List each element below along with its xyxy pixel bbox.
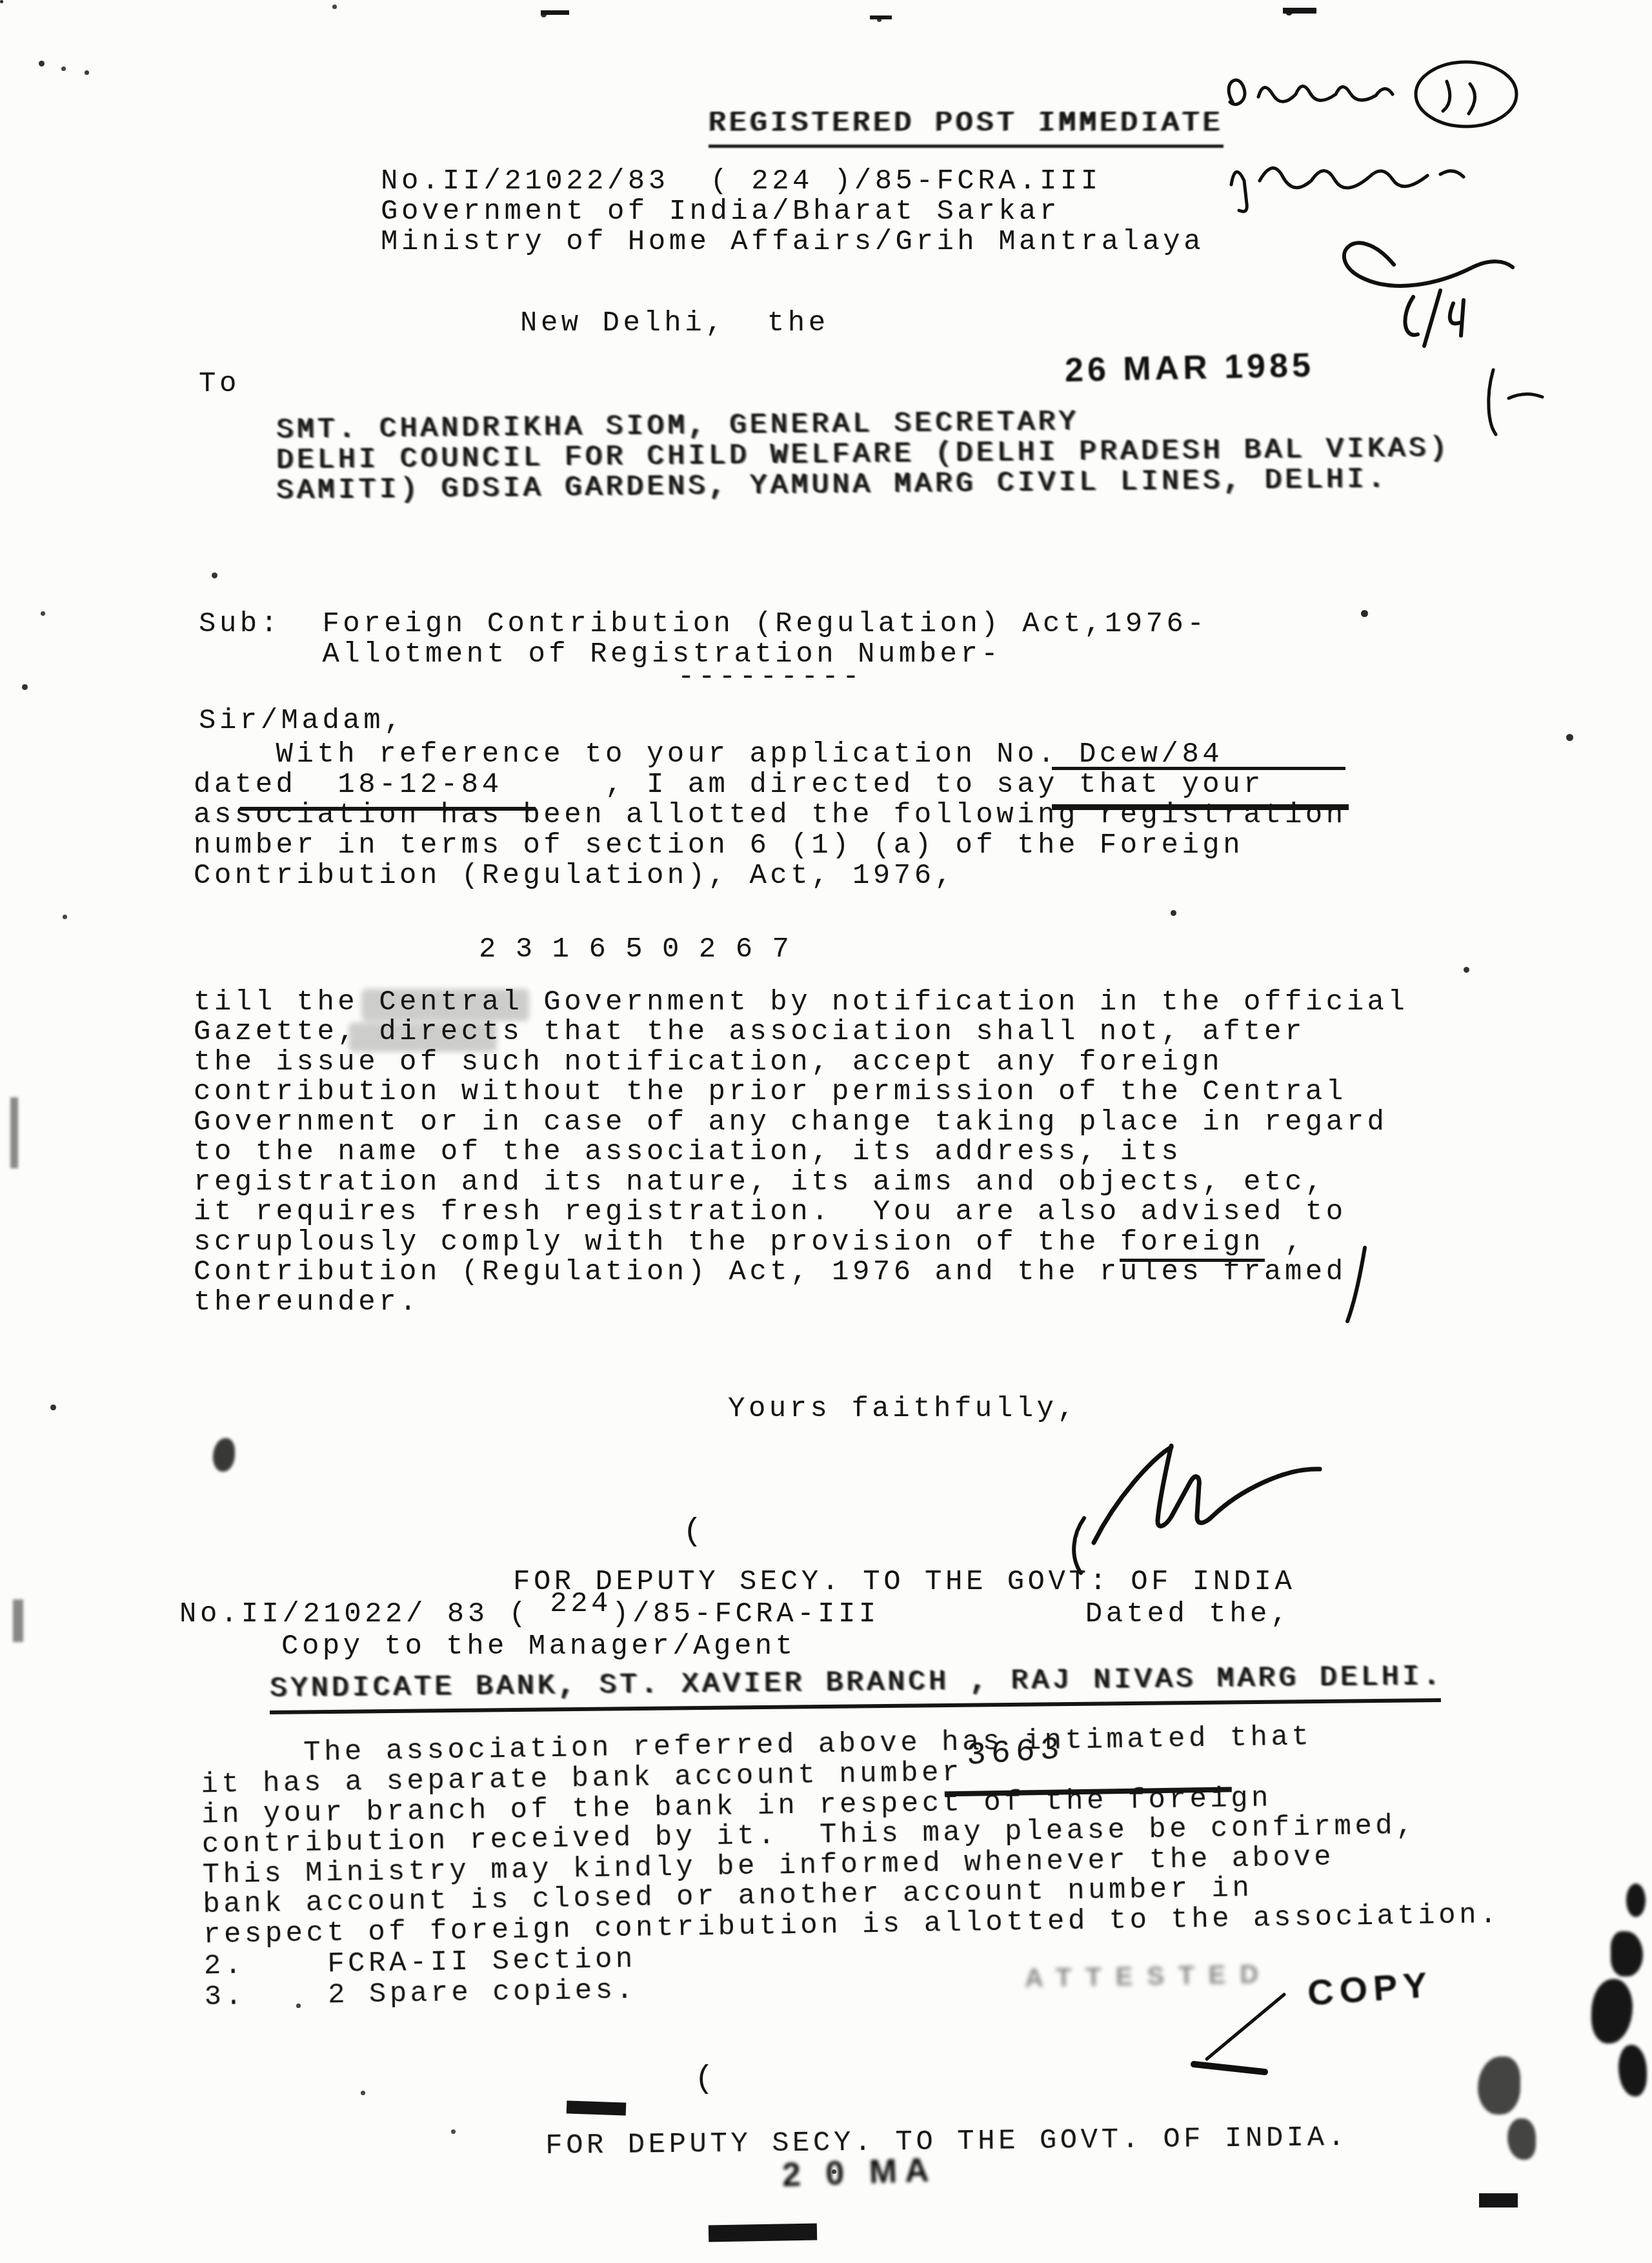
scan-noise-dash <box>567 2100 627 2115</box>
handwriting-annotation-flourish <box>1316 205 1562 360</box>
pen-check-mark <box>1181 1988 1297 2085</box>
scan-noise-blob <box>10 1097 18 1168</box>
scan-noise-dash <box>1479 2193 1518 2207</box>
scanned-letter-page: REGISTERED POST IMMEDIATE No.II/21022/83… <box>0 0 1652 2263</box>
scan-noise-blob <box>1626 1883 1646 1917</box>
list-item: 3. 2 Spare copies. <box>204 1976 637 2013</box>
handwriting-margin-mark <box>1478 358 1562 449</box>
handwritten-account-number: 3663 <box>967 1731 1065 1774</box>
handwriting-annotation-calcutta <box>1213 57 1575 141</box>
date-stamp-partial: 2 0 MA <box>781 2151 938 2195</box>
open-paren-mark: ( <box>694 2063 718 2097</box>
scan-noise-blob <box>1611 1931 1643 1976</box>
scan-noise-blob <box>13 1599 23 1642</box>
scan-noise-dash <box>709 2224 817 2242</box>
scan-noise-blob <box>1507 2118 1536 2160</box>
copy-stamp: COPY <box>1306 1963 1435 2013</box>
scan-noise-blob <box>1478 2056 1520 2115</box>
